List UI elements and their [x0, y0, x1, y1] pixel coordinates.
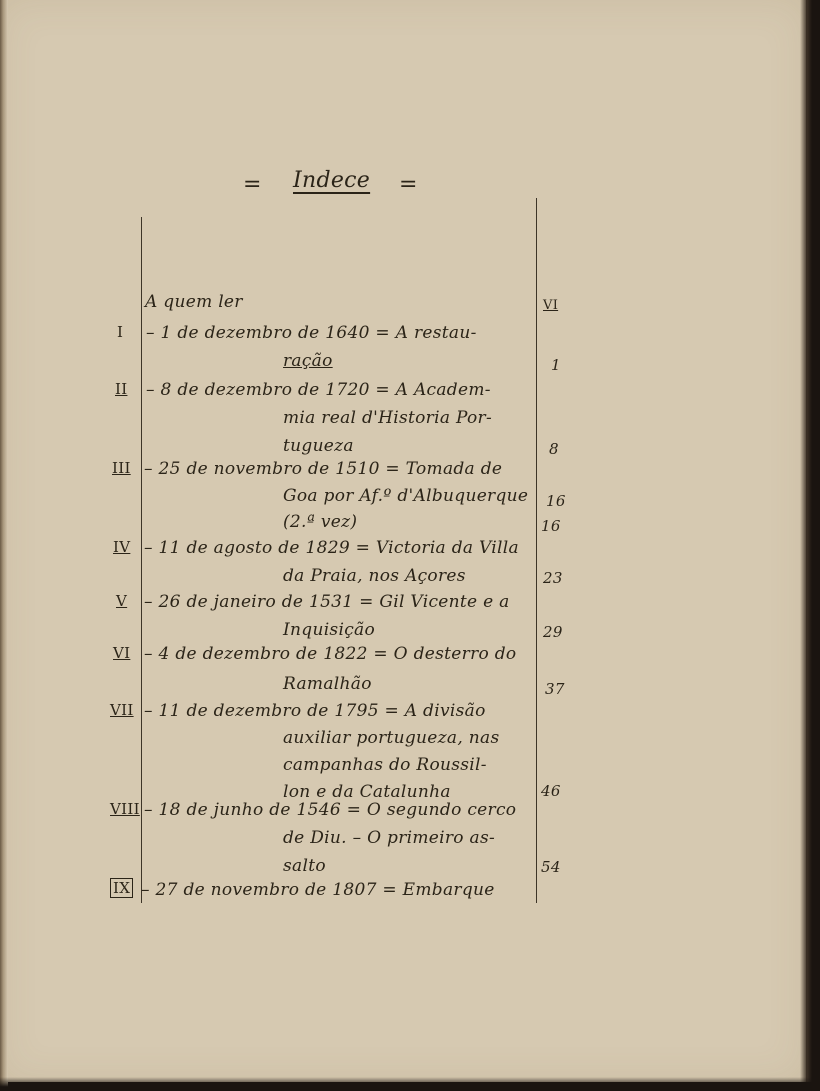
entry-line: ração — [283, 351, 333, 371]
entry-page: 8 — [549, 440, 559, 458]
entry-page: 29 — [543, 623, 563, 641]
entry-line: Goa por Af.º d'Albuquerque — [283, 486, 528, 506]
title-left-decoration: = — [243, 172, 262, 197]
entry-line: – 11 de dezembro de 1795 = A divisão — [144, 701, 486, 721]
entry-page: 1 — [551, 356, 561, 374]
entry-numeral: IV — [113, 538, 130, 556]
entry-line: Ramalhão — [283, 674, 372, 694]
title-text: Indece — [293, 168, 370, 193]
entry-line: – 8 de dezembro de 1720 = A Academ- — [146, 380, 491, 400]
entry-line: Inquisição — [283, 620, 375, 640]
preface-label: A quem ler — [145, 292, 243, 312]
entry-numeral: VI — [113, 644, 130, 662]
entry-numeral: VIII — [110, 800, 140, 818]
entry-line: tugueza — [283, 436, 354, 456]
binding-spine — [0, 0, 8, 1091]
entry-line: salto — [283, 856, 326, 876]
entry-line: – 26 de janeiro de 1531 = Gil Vicente e … — [144, 592, 510, 612]
entry-numeral: III — [112, 459, 131, 477]
entry-page: 23 — [543, 569, 563, 587]
page-bottom-edge — [0, 1077, 820, 1091]
entry-page: 54 — [541, 858, 561, 876]
entry-line: – 1 de dezembro de 1640 = A restau- — [146, 323, 477, 343]
title-right-decoration: = — [399, 172, 418, 197]
entry-line: campanhas do Roussil- — [283, 755, 487, 775]
entry-line: mia real d'Historia Por- — [283, 408, 492, 428]
entry-numeral: I — [117, 323, 123, 341]
entry-line: – 27 de novembro de 1807 = Embarque — [141, 880, 495, 900]
entry-line: – 4 de dezembro de 1822 = O desterro do — [144, 644, 516, 664]
entry-page: 37 — [545, 680, 565, 698]
page-column-rule — [536, 198, 537, 903]
left-margin-rule — [141, 217, 142, 903]
entry-page-repeat: 16 — [541, 517, 561, 535]
entry-page: 46 — [541, 782, 561, 800]
entry-numeral: IX — [110, 878, 133, 898]
entry-numeral: VII — [110, 701, 134, 719]
entry-line: da Praia, nos Açores — [283, 566, 466, 586]
entry-page: 16 — [546, 492, 566, 510]
entry-line: – 11 de agosto de 1829 = Victoria da Vil… — [144, 538, 519, 558]
entry-line: (2.ª vez) — [283, 512, 357, 532]
entry-line: lon e da Catalunha — [283, 782, 451, 802]
entry-numeral: V — [116, 592, 127, 610]
entry-line: de Diu. – O primeiro as- — [283, 828, 495, 848]
entry-line: – 25 de novembro de 1510 = Tomada de — [144, 459, 502, 479]
entry-line: auxiliar portugueza, nas — [283, 728, 499, 748]
preface-page: VI — [543, 298, 558, 313]
entry-line: – 18 de junho de 1546 = O segundo cerco — [144, 800, 516, 820]
entry-numeral: II — [115, 380, 127, 398]
